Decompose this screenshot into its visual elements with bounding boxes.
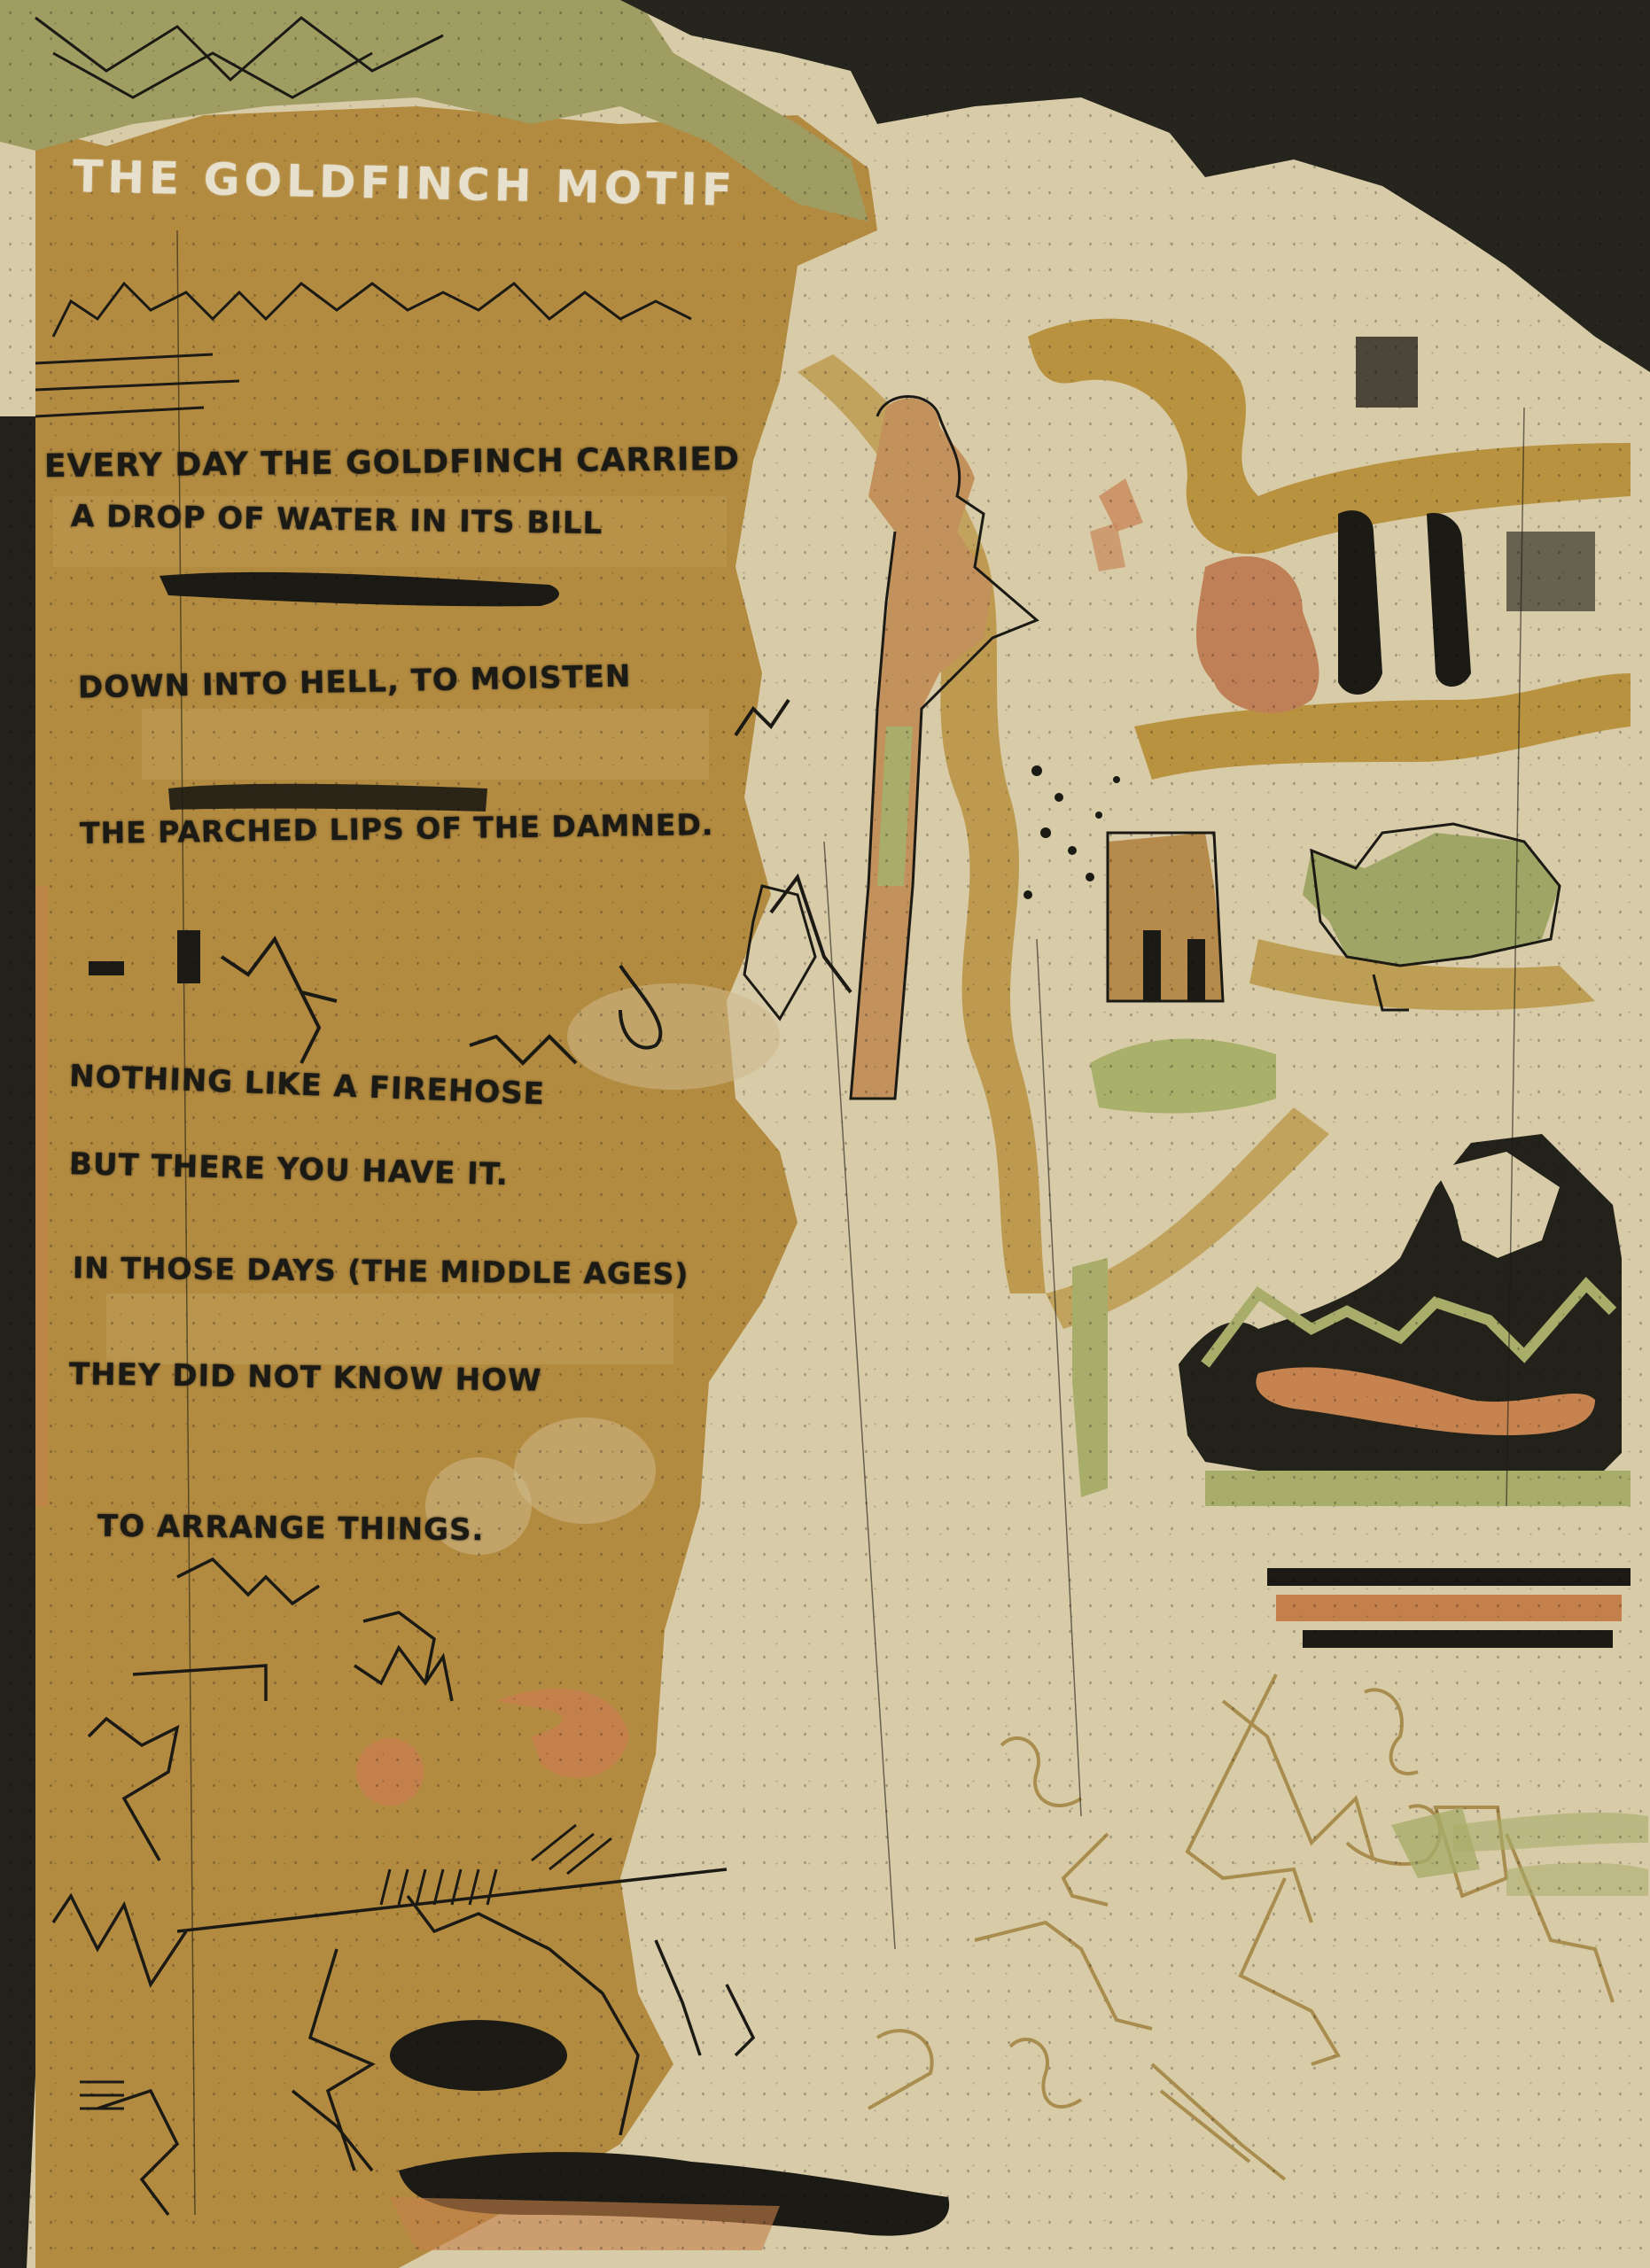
poem-line-8: THEY DID NOT KNOW HOW: [69, 1356, 542, 1398]
poem-line-7: IN THOSE DAYS (THE MIDDLE AGES): [73, 1250, 689, 1291]
background-shapes: [0, 0, 1650, 2268]
poem-line-9: TO ARRANGE THINGS.: [97, 1509, 485, 1549]
poem-line-2: A DROP OF WATER IN ITS BILL: [71, 499, 603, 541]
artwork-print: THE GOLDFINCH MOTIF EVERY DAY THE GOLDFI…: [0, 0, 1650, 2268]
poem-line-1: EVERY DAY THE GOLDFINCH CARRIED: [44, 441, 740, 485]
